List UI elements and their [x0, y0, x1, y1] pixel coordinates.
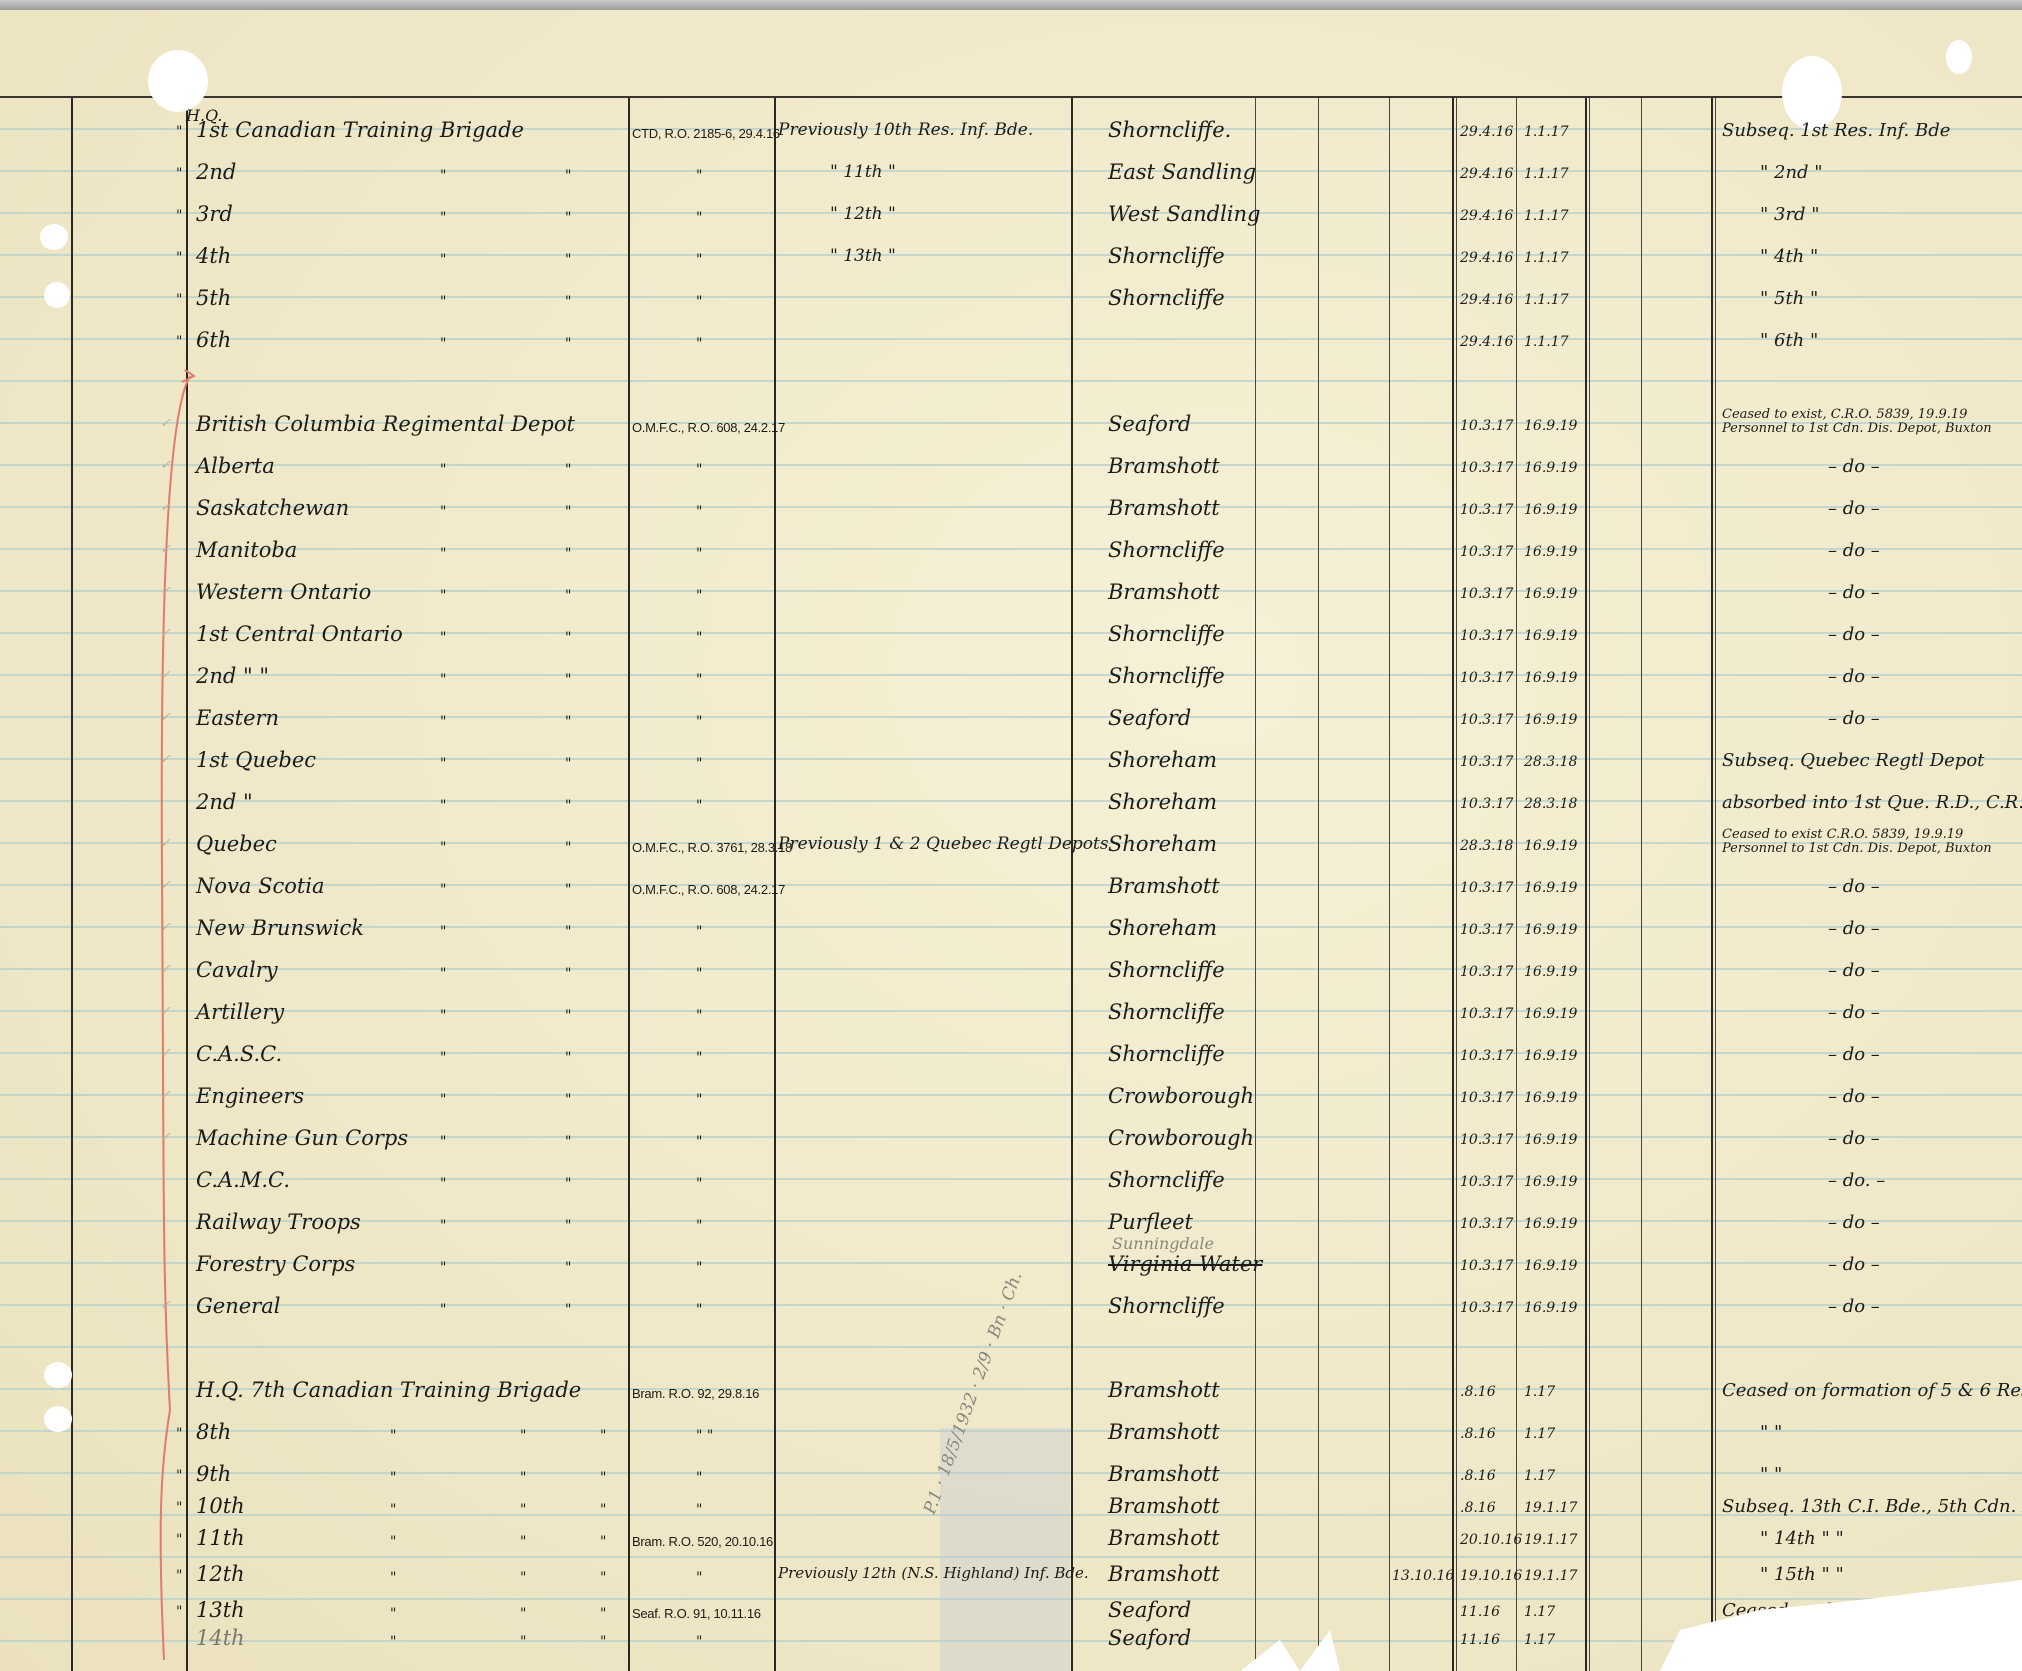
- unit-name: 5th: [196, 286, 231, 310]
- column-line-d: [1585, 98, 1587, 1671]
- ditto-mark: ": [440, 210, 446, 226]
- location: Bramshott: [1108, 1420, 1220, 1444]
- date-from: .8.16: [1460, 1426, 1496, 1442]
- column-line-margin: [71, 98, 73, 1671]
- unit-name: Saskatchewan: [196, 496, 349, 520]
- remarks: absorbed into 1st Que. R.D., C.R.O. 3761…: [1722, 792, 2022, 813]
- remarks: – do –: [1828, 1128, 1880, 1149]
- check-mark: ✓: [160, 626, 171, 641]
- faded-stamp: [940, 1428, 1070, 1671]
- ditto-mark: ": [440, 168, 446, 184]
- authority-reference: ": [696, 1134, 702, 1150]
- date-from: 29.4.16: [1460, 292, 1513, 308]
- date-from: 10.3.17: [1460, 418, 1513, 434]
- remarks: – do –: [1828, 708, 1880, 729]
- date-from: 10.3.17: [1460, 1174, 1513, 1190]
- location: Shoreham: [1108, 748, 1217, 772]
- authority-reference: ": [696, 1470, 702, 1486]
- ditto-mark: ": [440, 798, 446, 814]
- authority-reference: ": [696, 294, 702, 310]
- date-from: 10.3.17: [1460, 1300, 1513, 1316]
- ruled-line: [0, 212, 2022, 214]
- date-to: 1.1.17: [1524, 208, 1569, 224]
- authority-reference: ": [696, 336, 702, 352]
- location: West Sandling: [1108, 202, 1260, 226]
- location: Seaford: [1108, 1626, 1191, 1650]
- location: Shoreham: [1108, 832, 1217, 856]
- date-to: 16.9.19: [1524, 712, 1577, 728]
- row-marker: ": [176, 1468, 182, 1484]
- location: Shorncliffe: [1108, 286, 1225, 310]
- unit-name: Engineers: [196, 1084, 304, 1108]
- date-from: 29.4.16: [1460, 334, 1513, 350]
- date-to: 28.3.18: [1524, 754, 1577, 770]
- authority-reference: Seaf. R.O. 91, 10.11.16: [632, 1606, 761, 1621]
- ruled-line: [0, 380, 2022, 382]
- date-from: .8.16: [1460, 1384, 1496, 1400]
- ledger-page: P.1 · 18/5/1932 · 2/9 · Bn · Ch. H.Q. "1…: [0, 10, 2022, 1671]
- authority-reference: ": [696, 630, 702, 646]
- date-from: 10.3.17: [1460, 1048, 1513, 1064]
- unit-name: C.A.M.C.: [196, 1168, 290, 1192]
- remarks: – do –: [1828, 918, 1880, 939]
- date-to: 16.9.19: [1524, 1006, 1577, 1022]
- remarks: – do –: [1828, 876, 1880, 897]
- torn-edge: [1240, 1570, 2022, 1671]
- date-from: 10.3.17: [1460, 460, 1513, 476]
- ditto-mark: ": [600, 1428, 606, 1444]
- column-line-e: [1641, 98, 1642, 1671]
- check-mark: ✓: [160, 668, 171, 683]
- authority-reference: O.M.F.C., R.O. 608, 24.2.17: [632, 882, 785, 897]
- ruled-line: [0, 254, 2022, 256]
- unit-name: 2nd ": [196, 790, 253, 814]
- date-to: 1.1.17: [1524, 334, 1569, 350]
- date-to: 1.1.17: [1524, 292, 1569, 308]
- remarks: – do –: [1828, 1296, 1880, 1317]
- authority-reference: ": [696, 756, 702, 772]
- ditto-mark: ": [390, 1502, 396, 1518]
- remarks: " 3rd ": [1760, 204, 1820, 225]
- location: Shorncliffe: [1108, 538, 1225, 562]
- ditto-mark: ": [440, 672, 446, 688]
- date-to: 16.9.19: [1524, 1300, 1577, 1316]
- ditto-mark: ": [565, 294, 571, 310]
- authority-reference: ": [696, 1008, 702, 1024]
- authority-reference: ": [696, 1092, 702, 1108]
- check-mark: ✓: [160, 1046, 171, 1061]
- location: East Sandling: [1108, 160, 1256, 184]
- check-mark: ✓: [160, 962, 171, 977]
- header-rule: [0, 96, 2022, 98]
- column-line-date-from-double: [1456, 98, 1457, 1671]
- unit-name: Artillery: [196, 1000, 284, 1024]
- ditto-mark: ": [390, 1570, 396, 1586]
- location: Bramshott: [1108, 580, 1220, 604]
- ditto-mark: ": [565, 1050, 571, 1066]
- remarks: " 5th ": [1760, 288, 1818, 309]
- location: Bramshott: [1108, 1494, 1220, 1518]
- check-mark: ✓: [160, 1004, 171, 1019]
- location: Bramshott: [1108, 1378, 1220, 1402]
- ditto-mark: ": [600, 1470, 606, 1486]
- ruled-line: [0, 296, 2022, 298]
- date-to: 1.17: [1524, 1426, 1555, 1442]
- authority-reference: ": [696, 168, 702, 184]
- remarks: – do –: [1828, 1086, 1880, 1107]
- ditto-mark: ": [565, 756, 571, 772]
- check-mark: ✓: [160, 584, 171, 599]
- unit-name: Eastern: [196, 706, 279, 730]
- punch-hole: [1946, 40, 1972, 74]
- authority-reference: ": [696, 714, 702, 730]
- ditto-mark: ": [520, 1606, 526, 1622]
- ditto-mark: ": [565, 672, 571, 688]
- remarks: " ": [1760, 1422, 1782, 1443]
- unit-name: Nova Scotia: [196, 874, 325, 898]
- location: Seaford: [1108, 1598, 1191, 1622]
- ditto-mark: ": [390, 1428, 396, 1444]
- authority-reference: ": [696, 924, 702, 940]
- ditto-mark: ": [565, 462, 571, 478]
- remarks: " ": [1760, 1464, 1782, 1485]
- date-to: 16.9.19: [1524, 460, 1577, 476]
- unit-name: 13th: [196, 1598, 245, 1622]
- row-marker: ": [176, 1426, 182, 1442]
- ruled-line: [0, 338, 2022, 340]
- date-from: 29.4.16: [1460, 124, 1513, 140]
- ditto-mark: ": [440, 630, 446, 646]
- ruled-line: [0, 674, 2022, 676]
- scanner-edge: [0, 0, 2022, 10]
- remarks: Ceased to exist C.R.O. 5839, 19.9.19Pers…: [1722, 828, 2020, 856]
- authority-reference: ": [696, 1634, 702, 1650]
- previous-designation: Previously 12th (N.S. Highland) Inf. Bde…: [778, 1564, 1089, 1582]
- unit-name: 3rd: [196, 202, 233, 226]
- date-to: 1.1.17: [1524, 166, 1569, 182]
- unit-name: 6th: [196, 328, 231, 352]
- column-line-authority: [628, 98, 630, 1671]
- ditto-mark: ": [440, 924, 446, 940]
- ditto-mark: ": [390, 1470, 396, 1486]
- ruled-line: [0, 548, 2022, 550]
- date-from: 10.3.17: [1460, 796, 1513, 812]
- ditto-mark: ": [440, 546, 446, 562]
- ditto-mark: ": [440, 1050, 446, 1066]
- ditto-mark: ": [520, 1534, 526, 1550]
- authority-reference: Bram. R.O. 92, 29.8.16: [632, 1386, 759, 1401]
- date-to: 16.9.19: [1524, 544, 1577, 560]
- ditto-mark: ": [565, 1176, 571, 1192]
- check-mark: ✓: [160, 1130, 171, 1145]
- ditto-mark: ": [565, 504, 571, 520]
- ditto-mark: ": [565, 714, 571, 730]
- location: Bramshott: [1108, 874, 1220, 898]
- remarks: Subseq. 13th C.I. Bde., 5th Cdn. Div.: [1722, 1496, 2022, 1517]
- unit-name: Machine Gun Corps: [196, 1126, 408, 1150]
- authority-reference: ": [696, 252, 702, 268]
- unit-name: Quebec: [196, 832, 277, 856]
- row-marker: ": [176, 1604, 182, 1620]
- remarks: – do –: [1828, 666, 1880, 687]
- ditto-mark: ": [565, 924, 571, 940]
- date-to: 16.9.19: [1524, 670, 1577, 686]
- remarks: – do. –: [1828, 1170, 1885, 1191]
- date-to: 16.9.19: [1524, 1216, 1577, 1232]
- ruled-line: [0, 1178, 2022, 1180]
- ditto-mark: ": [600, 1534, 606, 1550]
- authority-reference: O.M.F.C., R.O. 608, 24.2.17: [632, 420, 785, 435]
- location: Bramshott: [1108, 454, 1220, 478]
- date-from: 10.3.17: [1460, 754, 1513, 770]
- location: Shorncliffe: [1108, 664, 1225, 688]
- ruled-line: [0, 968, 2022, 970]
- ditto-mark: ": [565, 210, 571, 226]
- unit-name: Railway Troops: [196, 1210, 361, 1234]
- authority-reference: ": [696, 966, 702, 982]
- remarks: – do –: [1828, 456, 1880, 477]
- date-to: 16.9.19: [1524, 922, 1577, 938]
- ruled-line: [0, 464, 2022, 466]
- authority-reference: ": [696, 672, 702, 688]
- ditto-mark: ": [440, 504, 446, 520]
- ditto-mark: ": [520, 1570, 526, 1586]
- date-to: 16.9.19: [1524, 1258, 1577, 1274]
- ditto-mark: ": [440, 1218, 446, 1234]
- date-from: 10.3.17: [1460, 922, 1513, 938]
- date-to: 19.1.17: [1524, 1532, 1577, 1548]
- check-mark: ✓: [160, 1298, 171, 1313]
- unit-name: General: [196, 1294, 280, 1318]
- date-to: 19.1.17: [1524, 1500, 1577, 1516]
- date-to: 1.17: [1524, 1384, 1555, 1400]
- column-line-location: [1071, 98, 1073, 1671]
- unit-name: 8th: [196, 1420, 231, 1444]
- unit-name: 11th: [196, 1526, 245, 1550]
- date-from: 10.3.17: [1460, 1006, 1513, 1022]
- authority-reference: ": [696, 504, 702, 520]
- ruled-line: [0, 1346, 2022, 1348]
- ditto-mark: ": [520, 1502, 526, 1518]
- ditto-mark: ": [520, 1428, 526, 1444]
- row-marker: ": [176, 1568, 182, 1584]
- previous-designation: Previously 10th Res. Inf. Bde.: [778, 120, 1033, 140]
- date-to: 16.9.19: [1524, 1174, 1577, 1190]
- check-mark: ✓: [160, 920, 171, 935]
- punch-hole: [1782, 56, 1842, 130]
- ditto-mark: ": [440, 588, 446, 604]
- ditto-mark: ": [440, 966, 446, 982]
- date-from: 10.3.17: [1460, 670, 1513, 686]
- ruled-line: [0, 800, 2022, 802]
- unit-name: Alberta: [196, 454, 275, 478]
- ditto-mark: ": [440, 1302, 446, 1318]
- location: Bramshott: [1108, 1526, 1220, 1550]
- authority-reference: Bram. R.O. 520, 20.10.16: [632, 1534, 773, 1549]
- row-marker: ": [176, 1500, 182, 1516]
- remarks: " 14th " ": [1760, 1528, 1844, 1549]
- date-to: 16.9.19: [1524, 1048, 1577, 1064]
- location: Shorncliffe: [1108, 244, 1225, 268]
- row-marker: ": [176, 208, 182, 224]
- location: Shorncliffe: [1108, 958, 1225, 982]
- previous-designation: " 11th ": [830, 162, 896, 182]
- ditto-mark: ": [600, 1634, 606, 1650]
- remarks: – do –: [1828, 1002, 1880, 1023]
- ditto-mark: ": [440, 252, 446, 268]
- date-from: 10.3.17: [1460, 964, 1513, 980]
- ditto-mark: ": [600, 1502, 606, 1518]
- date-from: 10.3.17: [1460, 502, 1513, 518]
- authority-reference: " ": [696, 1428, 713, 1444]
- column-line-date-to: [1516, 98, 1517, 1671]
- unit-name: C.A.S.C.: [196, 1042, 282, 1066]
- ditto-mark: ": [520, 1634, 526, 1650]
- ditto-mark: ": [565, 882, 571, 898]
- previous-designation: Previously 1 & 2 Quebec Regtl Depots: [778, 834, 1109, 854]
- remarks: " 6th ": [1760, 330, 1818, 351]
- unit-name: 2nd " ": [196, 664, 269, 688]
- ditto-mark: ": [565, 1134, 571, 1150]
- unit-name: 14th: [196, 1626, 245, 1650]
- remarks: – do –: [1828, 1044, 1880, 1065]
- check-mark: ✓: [160, 416, 171, 431]
- ditto-mark: ": [565, 798, 571, 814]
- unit-name: Cavalry: [196, 958, 278, 982]
- authority-reference: ": [696, 588, 702, 604]
- authority-reference: ": [696, 1302, 702, 1318]
- unit-name: 4th: [196, 244, 231, 268]
- unit-name: 10th: [196, 1494, 245, 1518]
- unit-name: 1st Central Ontario: [196, 622, 403, 646]
- unit-name: 12th: [196, 1562, 245, 1586]
- remarks: – do –: [1828, 582, 1880, 603]
- location: Shorncliffe: [1108, 1000, 1225, 1024]
- ditto-mark: ": [565, 1092, 571, 1108]
- date-from: 10.3.17: [1460, 1090, 1513, 1106]
- ditto-mark: ": [600, 1606, 606, 1622]
- ditto-mark: ": [565, 1218, 571, 1234]
- date-to: 16.9.19: [1524, 628, 1577, 644]
- unit-name: 2nd: [196, 160, 236, 184]
- ditto-mark: ": [565, 1008, 571, 1024]
- location: Crowborough: [1108, 1084, 1254, 1108]
- date-from: 10.3.17: [1460, 1258, 1513, 1274]
- ditto-mark: ": [565, 1260, 571, 1276]
- date-to: 1.1.17: [1524, 124, 1569, 140]
- punch-hole: [44, 1406, 72, 1432]
- row-marker: ": [176, 334, 182, 350]
- date-from: 10.3.17: [1460, 628, 1513, 644]
- date-to: 16.9.19: [1524, 880, 1577, 896]
- date-to: 16.9.19: [1524, 1090, 1577, 1106]
- location: Virginia Water: [1108, 1252, 1262, 1276]
- previous-designation: " 12th ": [830, 204, 896, 224]
- unit-name: British Columbia Regimental Depot: [196, 412, 575, 436]
- ditto-mark: ": [440, 714, 446, 730]
- location: Shorncliffe: [1108, 1294, 1225, 1318]
- authority-reference: ": [696, 1570, 702, 1586]
- check-mark: ✓: [160, 542, 171, 557]
- date-to: 16.9.19: [1524, 838, 1577, 854]
- punch-hole: [40, 224, 68, 250]
- unit-name: New Brunswick: [196, 916, 364, 940]
- ruled-line: [0, 716, 2022, 718]
- remarks: Ceased on formation of 5 & 6 Res. Bdes.: [1722, 1380, 2022, 1401]
- ditto-mark: ": [440, 336, 446, 352]
- ruled-line: [0, 170, 2022, 172]
- location: Bramshott: [1108, 1562, 1220, 1586]
- location: Shoreham: [1108, 916, 1217, 940]
- unit-name: 1st Quebec: [196, 748, 316, 772]
- date-from: 20.10.16: [1460, 1532, 1522, 1548]
- location: Seaford: [1108, 706, 1191, 730]
- ditto-mark: ": [565, 1302, 571, 1318]
- ditto-mark: ": [440, 294, 446, 310]
- check-mark: ✓: [160, 458, 171, 473]
- remarks: – do –: [1828, 540, 1880, 561]
- check-mark: ✓: [160, 878, 171, 893]
- location: Purfleet: [1108, 1210, 1193, 1234]
- date-from: .8.16: [1460, 1500, 1496, 1516]
- remarks: Subseq. Quebec Regtl Depot: [1722, 750, 1984, 771]
- remarks: – do –: [1828, 1254, 1880, 1275]
- authority-reference: ": [696, 1260, 702, 1276]
- unit-name: 9th: [196, 1462, 231, 1486]
- date-from: 10.3.17: [1460, 712, 1513, 728]
- authority-reference: ": [696, 462, 702, 478]
- row-marker: ": [176, 166, 182, 182]
- authority-reference: ": [696, 546, 702, 562]
- previous-designation: " 13th ": [830, 246, 896, 266]
- column-line-remarks-double: [1715, 98, 1716, 1671]
- row-marker: ": [176, 250, 182, 266]
- ditto-mark: ": [600, 1570, 606, 1586]
- row-marker: ": [176, 124, 182, 140]
- ditto-mark: ": [565, 840, 571, 856]
- ditto-mark: ": [520, 1470, 526, 1486]
- ruled-line: [0, 1052, 2022, 1054]
- column-line-d-double: [1589, 98, 1590, 1671]
- date-from: .8.16: [1460, 1468, 1496, 1484]
- unit-name: Western Ontario: [196, 580, 371, 604]
- date-from: 10.3.17: [1460, 880, 1513, 896]
- date-to: 16.9.19: [1524, 418, 1577, 434]
- authority-reference: ": [696, 1176, 702, 1192]
- date-to: 16.9.19: [1524, 502, 1577, 518]
- row-marker: ": [176, 292, 182, 308]
- date-to: 1.1.17: [1524, 250, 1569, 266]
- ditto-mark: ": [440, 1092, 446, 1108]
- check-mark: ✓: [160, 1088, 171, 1103]
- date-from: 29.4.16: [1460, 166, 1513, 182]
- ditto-mark: ": [565, 336, 571, 352]
- date-to: 16.9.19: [1524, 586, 1577, 602]
- date-from: 29.4.16: [1460, 250, 1513, 266]
- unit-name: 1st Canadian Training Brigade: [196, 118, 524, 142]
- ditto-mark: ": [440, 1176, 446, 1192]
- unit-name: Forestry Corps: [196, 1252, 355, 1276]
- remarks: " 2nd ": [1760, 162, 1823, 183]
- check-mark: ✓: [160, 710, 171, 725]
- ditto-mark: ": [565, 252, 571, 268]
- location: Seaford: [1108, 412, 1191, 436]
- column-line-remarks: [1711, 98, 1713, 1671]
- ditto-mark: ": [440, 882, 446, 898]
- check-mark: ✓: [160, 752, 171, 767]
- check-mark: ✓: [160, 500, 171, 515]
- location-correction: Sunningdale: [1112, 1234, 1214, 1253]
